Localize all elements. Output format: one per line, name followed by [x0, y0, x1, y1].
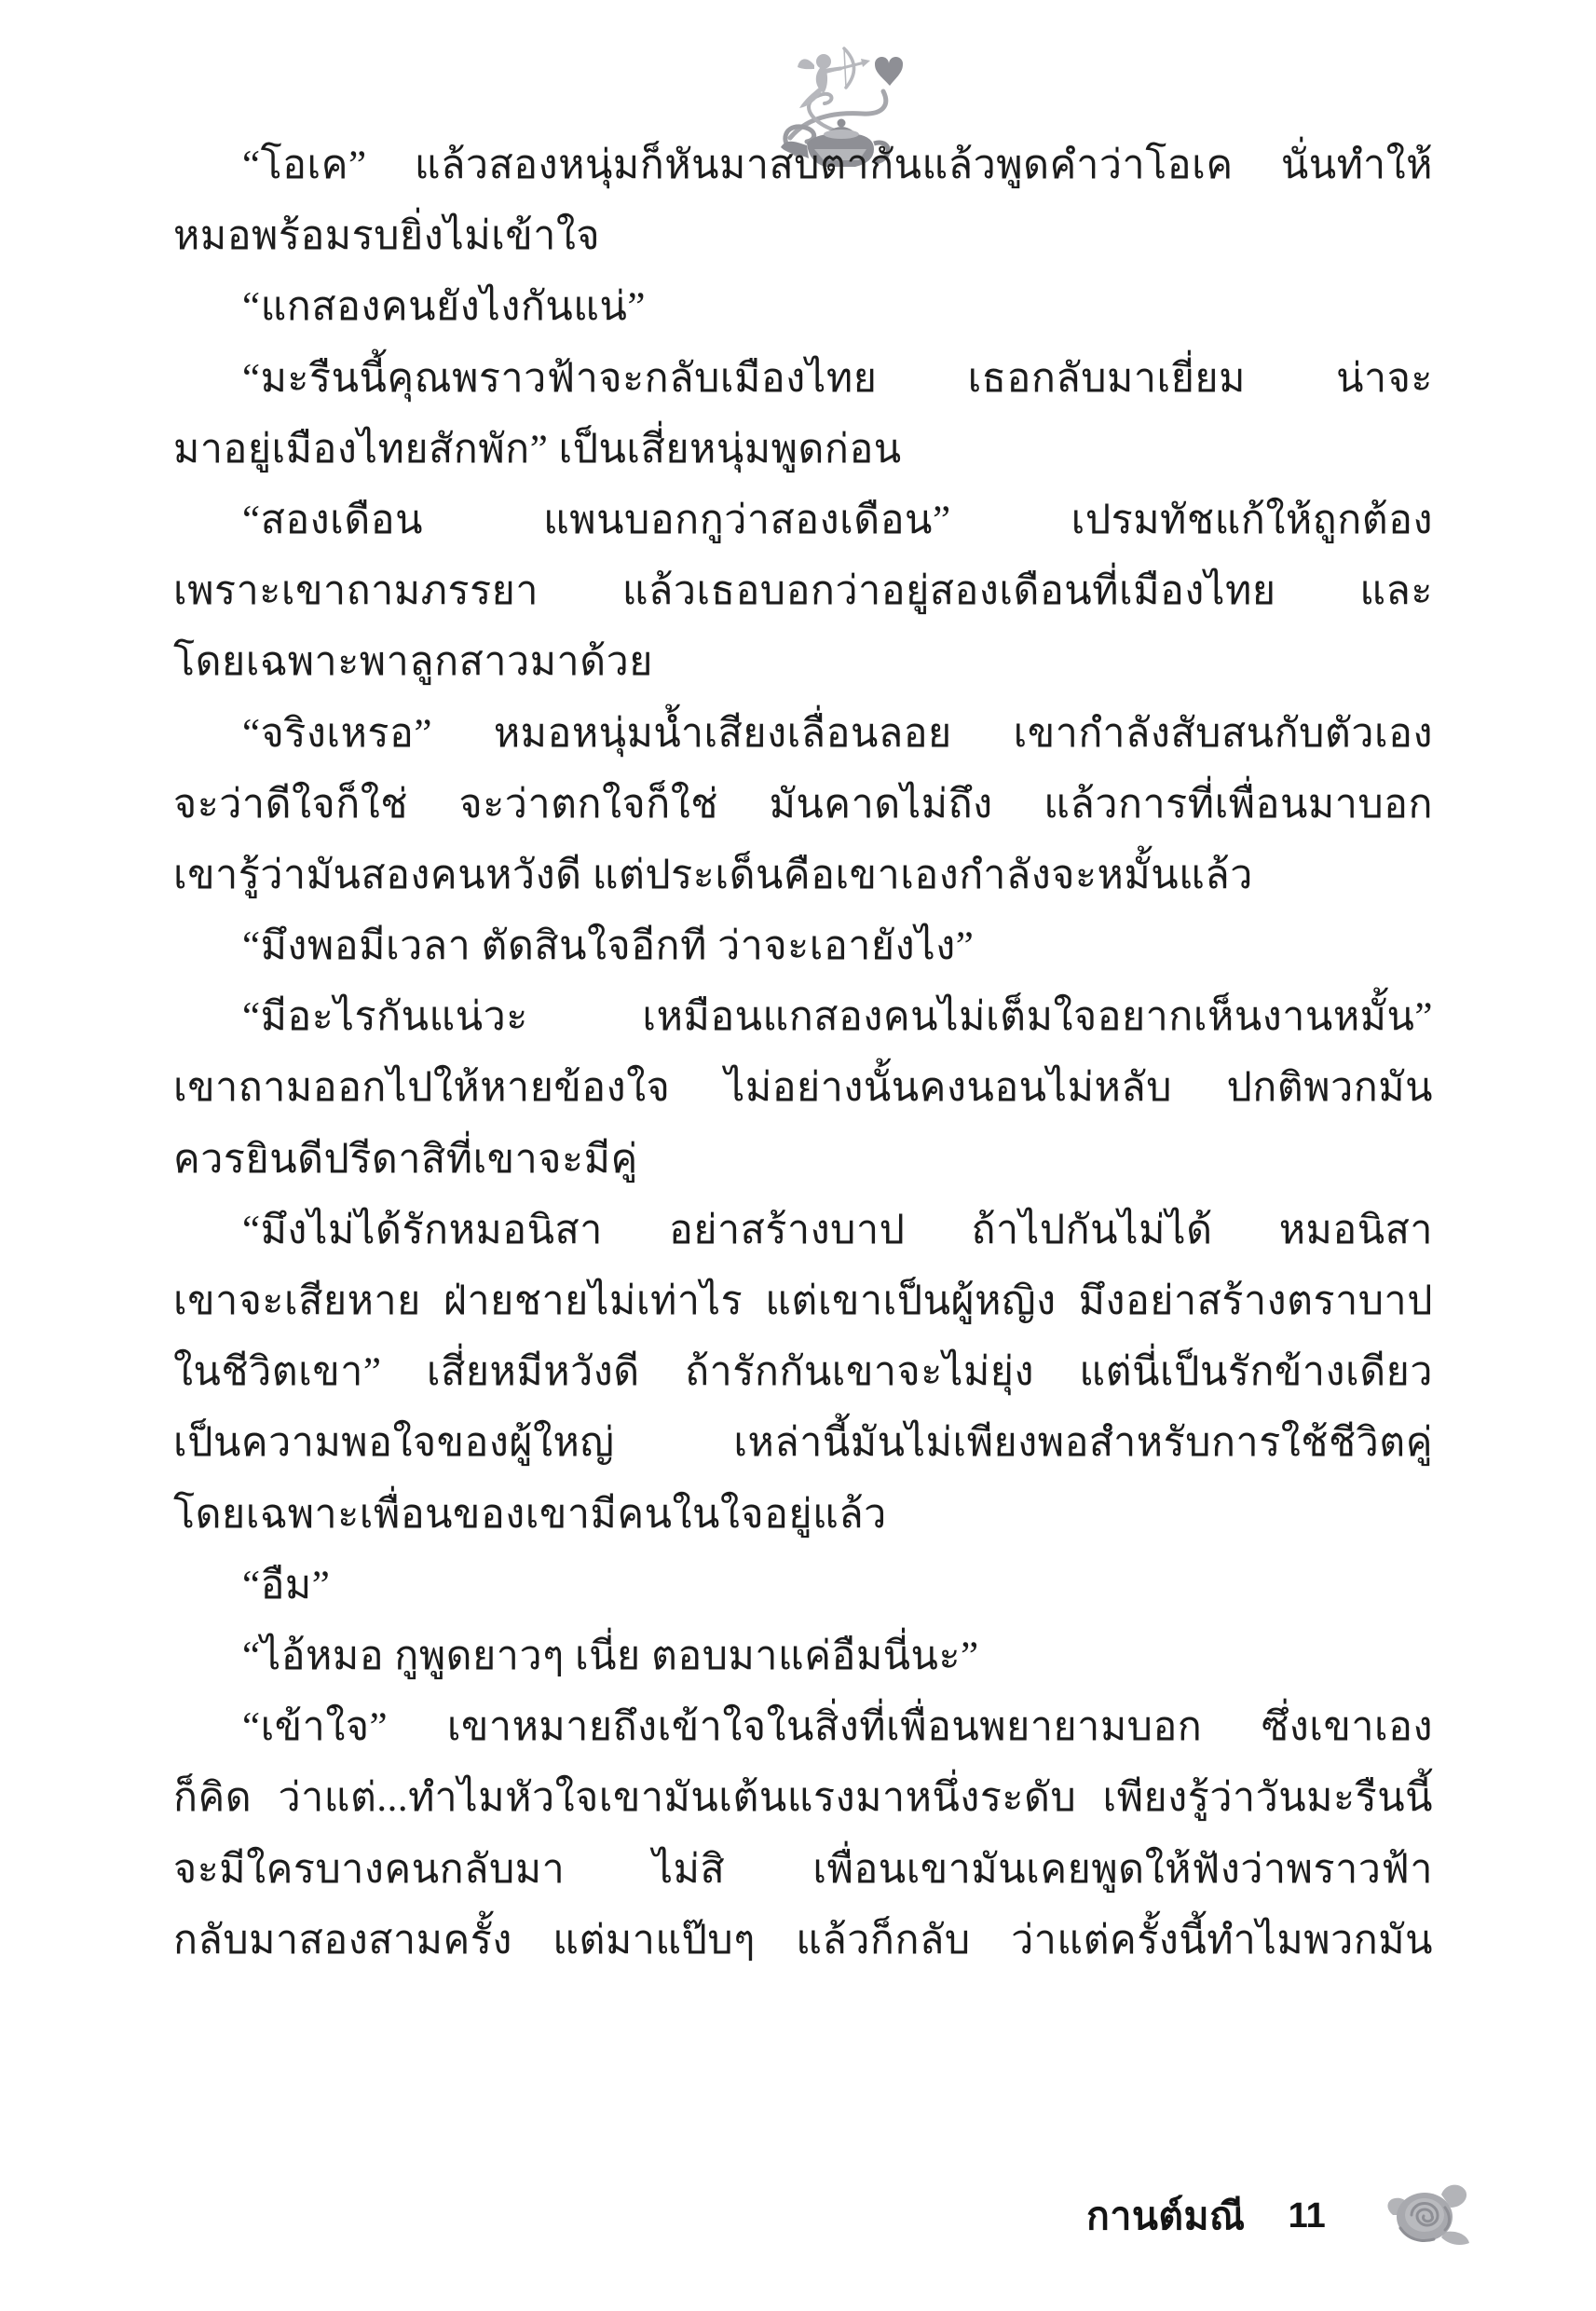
text-line: “มึงพอมีเวลา ตัดสินใจอีกที ว่าจะเอายังไง… — [173, 911, 1433, 982]
text-line: “โอเค” แล้วสองหนุ่มก็หันมาสบตากันแล้วพูด… — [173, 130, 1433, 201]
text-line: เขาจะเสียหาย ฝ่ายชายไม่เท่าไร แต่เขาเป็น… — [173, 1266, 1433, 1337]
text-line: กลับมาสองสามครั้ง แต่มาแป๊บๆ แล้วก็กลับ … — [173, 1906, 1433, 1976]
text-line: “จริงเหรอ” หมอหนุ่มน้ำเสียงเลื่อนลอย เขา… — [173, 699, 1433, 770]
text-line: ก็คิด ว่าแต่...ทำไมหัวใจเขามันเต้นแรงมาห… — [173, 1763, 1433, 1834]
text-line: หมอพร้อมรบยิ่งไม่เข้าใจ — [173, 201, 1433, 272]
book-page: “โอเค” แล้วสองหนุ่มก็หันมาสบตากันแล้วพูด… — [0, 0, 1596, 2311]
text-line: “อืม” — [173, 1551, 1433, 1621]
text-line: โดยเฉพาะพาลูกสาวมาด้วย — [173, 627, 1433, 698]
text-line: เพราะเขาถามภรรยา แล้วเธอบอกว่าอยู่สองเดื… — [173, 556, 1433, 627]
text-line: จะมีใครบางคนกลับมา ไม่สิ เพื่อนเขามันเคย… — [173, 1835, 1433, 1906]
text-line: เป็นความพอใจของผู้ใหญ่ เหล่านี้มันไม่เพี… — [173, 1408, 1433, 1479]
page-number: 11 — [1289, 2196, 1326, 2236]
text-line: “มึงไม่ได้รักหมอนิสา อย่าสร้างบาป ถ้าไปก… — [173, 1196, 1433, 1266]
page-footer: กานต์มณี 11 — [1086, 2179, 1473, 2253]
text-line: โดยเฉพาะเพื่อนของเขามีคนในใจอยู่แล้ว — [173, 1480, 1433, 1551]
text-line: “มะรืนนี้คุณพราวฟ้าจะกลับเมืองไทย เธอกลั… — [173, 344, 1433, 415]
text-line: “มีอะไรกันแน่วะ เหมือนแกสองคนไม่เต็มใจอย… — [173, 982, 1433, 1053]
text-line: “สองเดือน แพนบอกกูว่าสองเดือน” เปรมทัชแก… — [173, 485, 1433, 556]
cupid-icon — [798, 54, 842, 108]
text-line: ในชีวิตเขา” เสี่ยหมีหวังดี ถ้ารักกันเขาจ… — [173, 1337, 1433, 1408]
heart-icon — [875, 57, 903, 86]
book-title: กานต์มณี — [1086, 2186, 1246, 2247]
text-line: “ไอ้หมอ กูพูดยาวๆ เนี่ย ตอบมาแค่อืมนี่นะ… — [173, 1621, 1433, 1692]
body-text: “โอเค” แล้วสองหนุ่มก็หันมาสบตากันแล้วพูด… — [173, 130, 1433, 1976]
text-line: “เข้าใจ” เขาหมายถึงเข้าใจในสิ่งที่เพื่อน… — [173, 1692, 1433, 1763]
rose-icon — [1380, 2180, 1473, 2252]
text-line: ควรยินดีปรีดาสิที่เขาจะมีคู่ — [173, 1125, 1433, 1196]
text-line: จะว่าดีใจก็ใช่ จะว่าตกใจก็ใช่ มันคาดไม่ถ… — [173, 770, 1433, 841]
text-line: มาอยู่เมืองไทยสักพัก” เป็นเสี่ยหนุ่มพูดก… — [173, 415, 1433, 485]
text-line: “แกสองคนยังไงกันแน่” — [173, 272, 1433, 343]
text-line: เขารู้ว่ามันสองคนหวังดี แต่ประเด็นคือเขา… — [173, 841, 1433, 911]
text-line: เขาถามออกไปให้หายข้องใจ ไม่อย่างนั้นคงนอ… — [173, 1053, 1433, 1124]
